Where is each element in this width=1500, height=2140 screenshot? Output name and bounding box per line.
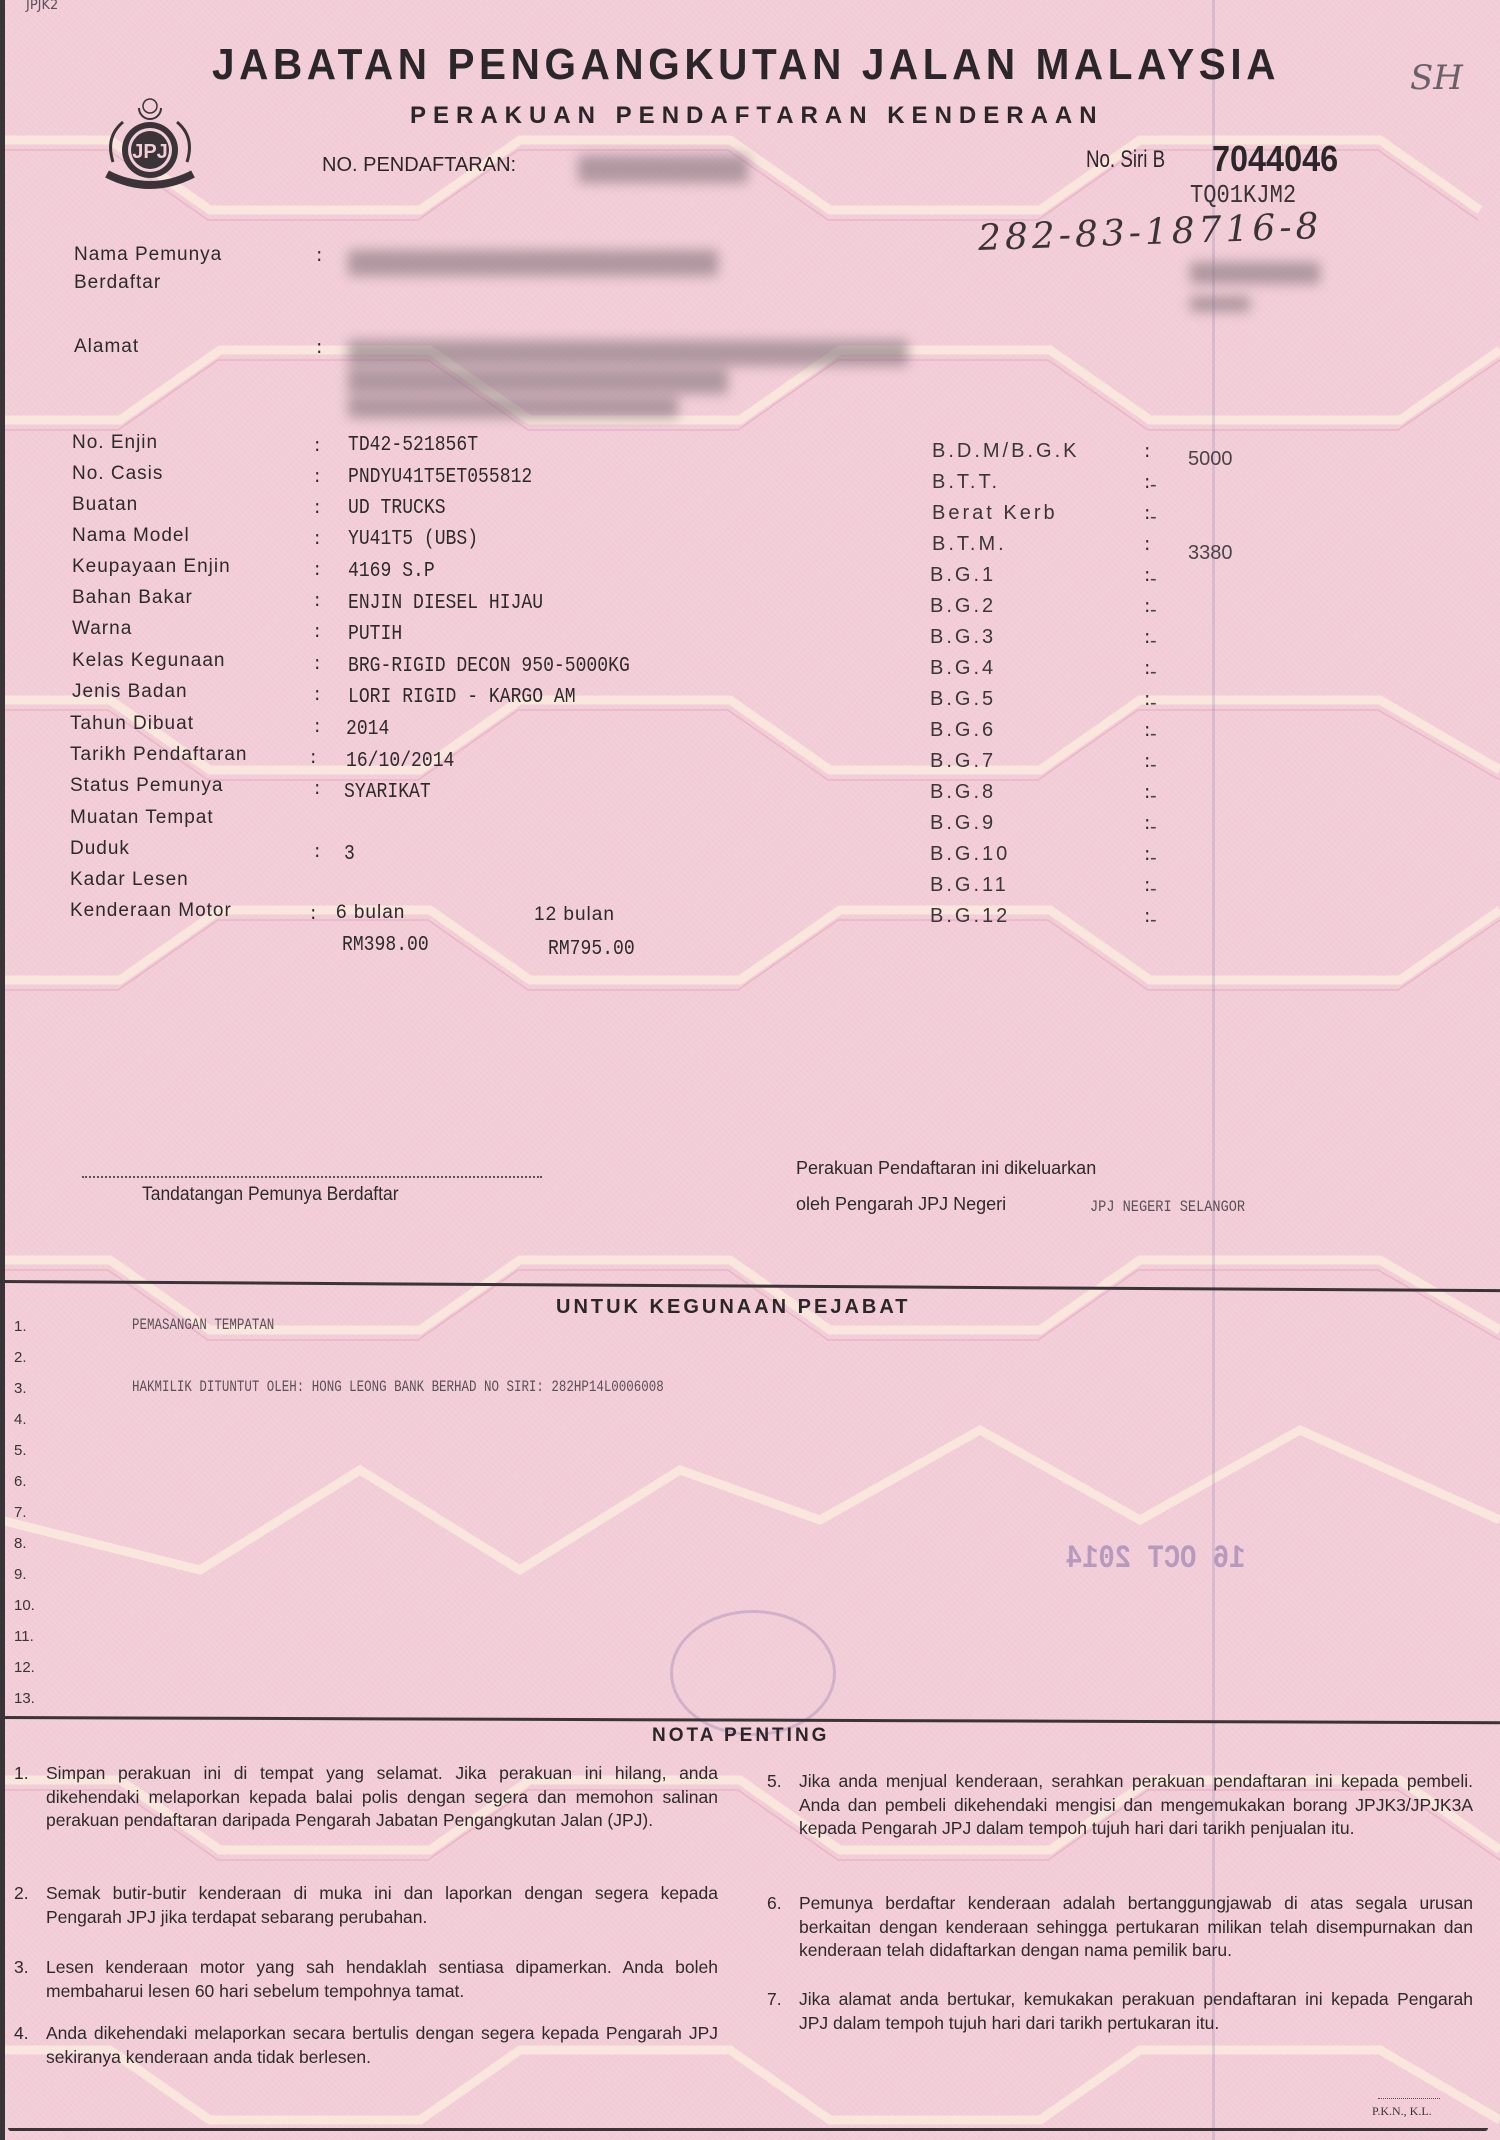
document-title: JABATAN PENGANGKUTAN JALAN MALAYSIA <box>212 40 1280 90</box>
weight-value: 3380 <box>1188 542 1233 565</box>
redacted-annotation <box>1190 296 1250 312</box>
weight-label: B.G.1 <box>930 564 996 587</box>
note-text: Simpan perakuan ini di tempat yang selam… <box>46 1763 718 1830</box>
colon: : <box>314 589 320 611</box>
address-line-1-redacted <box>348 340 908 366</box>
entry-number: 8. <box>14 1535 27 1552</box>
note-number: 7. <box>767 1988 782 2012</box>
body-type-label: Jenis Badan <box>72 681 188 703</box>
body-type-value: LORI RIGID - KARGO AM <box>348 686 576 709</box>
color-value: PUTIH <box>348 623 402 646</box>
serial-code: TQ01KJM2 <box>1190 180 1296 210</box>
engine-number-label: No. Enjin <box>72 432 158 454</box>
entry-number: 12. <box>14 1659 35 1676</box>
weight-label: B.D.M/B.G.K <box>932 440 1079 463</box>
office-entry-text: PEMASANGAN TEMPATAN <box>132 1316 274 1334</box>
weight-label: B.G.6 <box>930 719 996 742</box>
engine-capacity-label: Keupayaan Enjin <box>72 556 231 578</box>
note-item: 6. Pemunya berdaftar kenderaan adalah be… <box>799 1892 1473 1963</box>
serial-label: No. Siri B <box>1086 146 1165 174</box>
colon: : <box>314 683 320 705</box>
issued-by-text: Perakuan Pendaftaran ini dikeluarkan <box>796 1158 1096 1179</box>
weight-value: - <box>1150 661 1157 684</box>
weight-value: - <box>1150 785 1157 808</box>
registration-number-redacted <box>578 155 748 183</box>
address-label: Alamat <box>74 336 139 358</box>
colon: : <box>310 746 316 768</box>
entry-number: 3. <box>14 1380 27 1397</box>
make-label: Buatan <box>72 494 138 516</box>
weight-value: - <box>1150 506 1157 529</box>
weight-value: - <box>1150 723 1157 746</box>
colon: : <box>314 620 320 642</box>
note-number: 6. <box>767 1892 782 1916</box>
date-stamp: 16 OCT 2014 <box>1066 1540 1246 1577</box>
colon: : <box>314 434 320 456</box>
address-line-3-redacted <box>348 396 678 418</box>
colon: : <box>310 902 316 924</box>
license-rate-12-months: RM795.00 <box>548 938 635 961</box>
weight-value: - <box>1150 474 1157 497</box>
redacted-annotation <box>1190 262 1320 284</box>
entry-number: 6. <box>14 1473 27 1490</box>
owner-name-redacted <box>348 250 718 276</box>
note-text: Semak butir-butir kenderaan di muka ini … <box>46 1883 718 1927</box>
issued-by-text-2: oleh Pengarah JPJ Negeri <box>796 1194 1006 1215</box>
note-number: 2. <box>14 1882 29 1906</box>
owner-signature-label: Tandatangan Pemunya Berdaftar <box>142 1184 399 1206</box>
colon: : <box>314 465 320 487</box>
note-item: 1. Simpan perakuan ini di tempat yang se… <box>46 1762 718 1833</box>
colon: : <box>1144 440 1150 462</box>
weight-label: B.G.3 <box>930 626 996 649</box>
colon: : <box>314 527 320 549</box>
license-rate-label-2: Kenderaan Motor <box>70 900 232 922</box>
weight-value: - <box>1150 630 1157 653</box>
weight-value: - <box>1150 847 1157 870</box>
note-text: Pemunya berdaftar kenderaan adalah berta… <box>799 1893 1473 1960</box>
note-text: Jika alamat anda bertukar, kemukakan per… <box>799 1989 1473 2033</box>
entry-number: 1. <box>14 1318 27 1335</box>
owner-name-label: Nama Pemunya <box>74 244 222 266</box>
left-border <box>0 0 5 2140</box>
engine-number-value: TD42-521856T <box>348 434 478 457</box>
weight-label: Berat Kerb <box>932 502 1058 525</box>
issuing-office: JPJ NEGERI SELANGOR <box>1090 1198 1245 1216</box>
entry-number: 9. <box>14 1566 27 1583</box>
colon: : <box>314 558 320 580</box>
handwritten-reference-number: 282-83-18716-8 <box>977 206 1323 259</box>
weight-label: B.T.M. <box>932 533 1007 556</box>
note-item: 4. Anda dikehendaki melaporkan secara be… <box>46 2022 718 2069</box>
entry-number: 11. <box>14 1628 34 1645</box>
entry-number: 13. <box>14 1690 35 1707</box>
note-number: 3. <box>14 1956 29 1980</box>
weight-value: - <box>1150 754 1157 777</box>
signature-line <box>82 1176 542 1178</box>
weight-value: - <box>1150 909 1157 932</box>
weight-value: - <box>1150 878 1157 901</box>
note-number: 5. <box>767 1770 782 1794</box>
entry-number: 7. <box>14 1504 27 1521</box>
printer-mark: P.K.N., K.L. <box>1372 2104 1432 2119</box>
make-value: UD TRUCKS <box>348 497 446 520</box>
engine-capacity-value: 4169 S.P <box>348 560 435 583</box>
seating-label-2: Duduk <box>70 838 130 860</box>
note-text: Jika anda menjual kenderaan, serahkan pe… <box>799 1771 1473 1838</box>
serial-number: 7044046 <box>1212 138 1338 180</box>
colon: : <box>314 715 320 737</box>
registration-certificate: JPJK2 JABATAN PENGANGKUTAN JALAN MALAYSI… <box>0 0 1500 2140</box>
license-period-6-months: 6 bulan <box>336 902 405 924</box>
license-period-12-months: 12 bulan <box>534 904 615 926</box>
colon: : <box>314 652 320 674</box>
weight-label: B.G.5 <box>930 688 996 711</box>
colon: : <box>314 496 320 518</box>
note-text: Lesen kenderaan motor yang sah hendaklah… <box>46 1957 718 2001</box>
form-code: JPJK2 <box>26 0 58 13</box>
weight-value: - <box>1150 816 1157 839</box>
handwritten-initials: SH <box>1410 58 1463 98</box>
owner-status-label: Status Pemunya <box>70 775 223 797</box>
note-text: Anda dikehendaki melaporkan secara bertu… <box>46 2023 718 2067</box>
license-rate-label: Kadar Lesen <box>70 869 189 891</box>
weight-label: B.G.8 <box>930 781 996 804</box>
entry-number: 10. <box>14 1597 35 1614</box>
colon: : <box>316 336 322 358</box>
colon: : <box>1144 533 1150 555</box>
note-item: 5. Jika anda menjual kenderaan, serahkan… <box>799 1770 1473 1841</box>
note-item: 7. Jika alamat anda bertukar, kemukakan … <box>799 1988 1473 2035</box>
document-subtitle: PERAKUAN PENDAFTARAN KENDERAAN <box>410 102 1104 130</box>
weight-value: - <box>1150 568 1157 591</box>
jpj-crest-icon: JPJ <box>95 92 205 202</box>
owner-status-value: SYARIKAT <box>344 781 431 804</box>
colon: : <box>314 777 320 799</box>
chassis-number-label: No. Casis <box>72 463 163 485</box>
year-made-label: Tahun Dibuat <box>70 713 194 735</box>
weight-value: - <box>1150 692 1157 715</box>
section-divider <box>0 1280 1500 1292</box>
official-seal <box>670 1610 836 1736</box>
registration-date-value: 16/10/2014 <box>346 750 454 773</box>
usage-class-label: Kelas Kegunaan <box>72 650 225 672</box>
fuel-label: Bahan Bakar <box>72 587 193 609</box>
model-value: YU41T5 (UBS) <box>348 528 478 551</box>
model-label: Nama Model <box>72 525 190 547</box>
color-label: Warna <box>72 618 132 640</box>
note-item: 3. Lesen kenderaan motor yang sah hendak… <box>46 1956 718 2003</box>
owner-name-label-2: Berdaftar <box>74 272 161 294</box>
note-number: 4. <box>14 2022 29 2046</box>
seating-label: Muatan Tempat <box>70 807 214 829</box>
note-item: 2. Semak butir-butir kenderaan di muka i… <box>46 1882 718 1929</box>
weight-label: B.G.11 <box>930 874 1009 897</box>
weight-label: B.G.9 <box>930 812 996 835</box>
address-line-2-redacted <box>348 368 728 394</box>
weight-label: B.G.2 <box>930 595 996 618</box>
registration-date-label: Tarikh Pendaftaran <box>70 744 248 766</box>
office-entry-text: HAKMILIK DITUNTUT OLEH: HONG LEONG BANK … <box>132 1378 664 1396</box>
usage-class-value: BRG-RIGID DECON 950-5000KG <box>348 655 630 678</box>
weight-label: B.G.4 <box>930 657 996 680</box>
weight-label: B.G.12 <box>930 905 1010 928</box>
svg-text:JPJ: JPJ <box>132 141 168 163</box>
seating-value: 3 <box>344 843 355 866</box>
weight-label: B.G.10 <box>930 843 1010 866</box>
note-number: 1. <box>14 1762 29 1786</box>
license-rate-6-months: RM398.00 <box>342 934 429 957</box>
office-use-title: UNTUK KEGUNAAN PEJABAT <box>556 1296 911 1319</box>
weight-value: 5000 <box>1188 448 1233 471</box>
entry-number: 5. <box>14 1442 27 1459</box>
colon: : <box>314 840 320 862</box>
important-notes-title: NOTA PENTING <box>652 1725 829 1747</box>
weight-label: B.G.7 <box>930 750 996 773</box>
weight-label: B.T.T. <box>932 471 1000 494</box>
printer-mark-line <box>1378 2098 1440 2099</box>
chassis-number-value: PNDYU41T5ET055812 <box>348 466 532 489</box>
fuel-value: ENJIN DIESEL HIJAU <box>348 592 543 615</box>
registration-number-label: NO. PENDAFTARAN: <box>322 154 516 177</box>
entry-number: 4. <box>14 1411 27 1428</box>
colon: : <box>316 244 322 266</box>
weight-value: - <box>1150 599 1157 622</box>
bottom-border <box>8 2128 1488 2131</box>
entry-number: 2. <box>14 1349 27 1366</box>
year-made-value: 2014 <box>346 718 389 741</box>
